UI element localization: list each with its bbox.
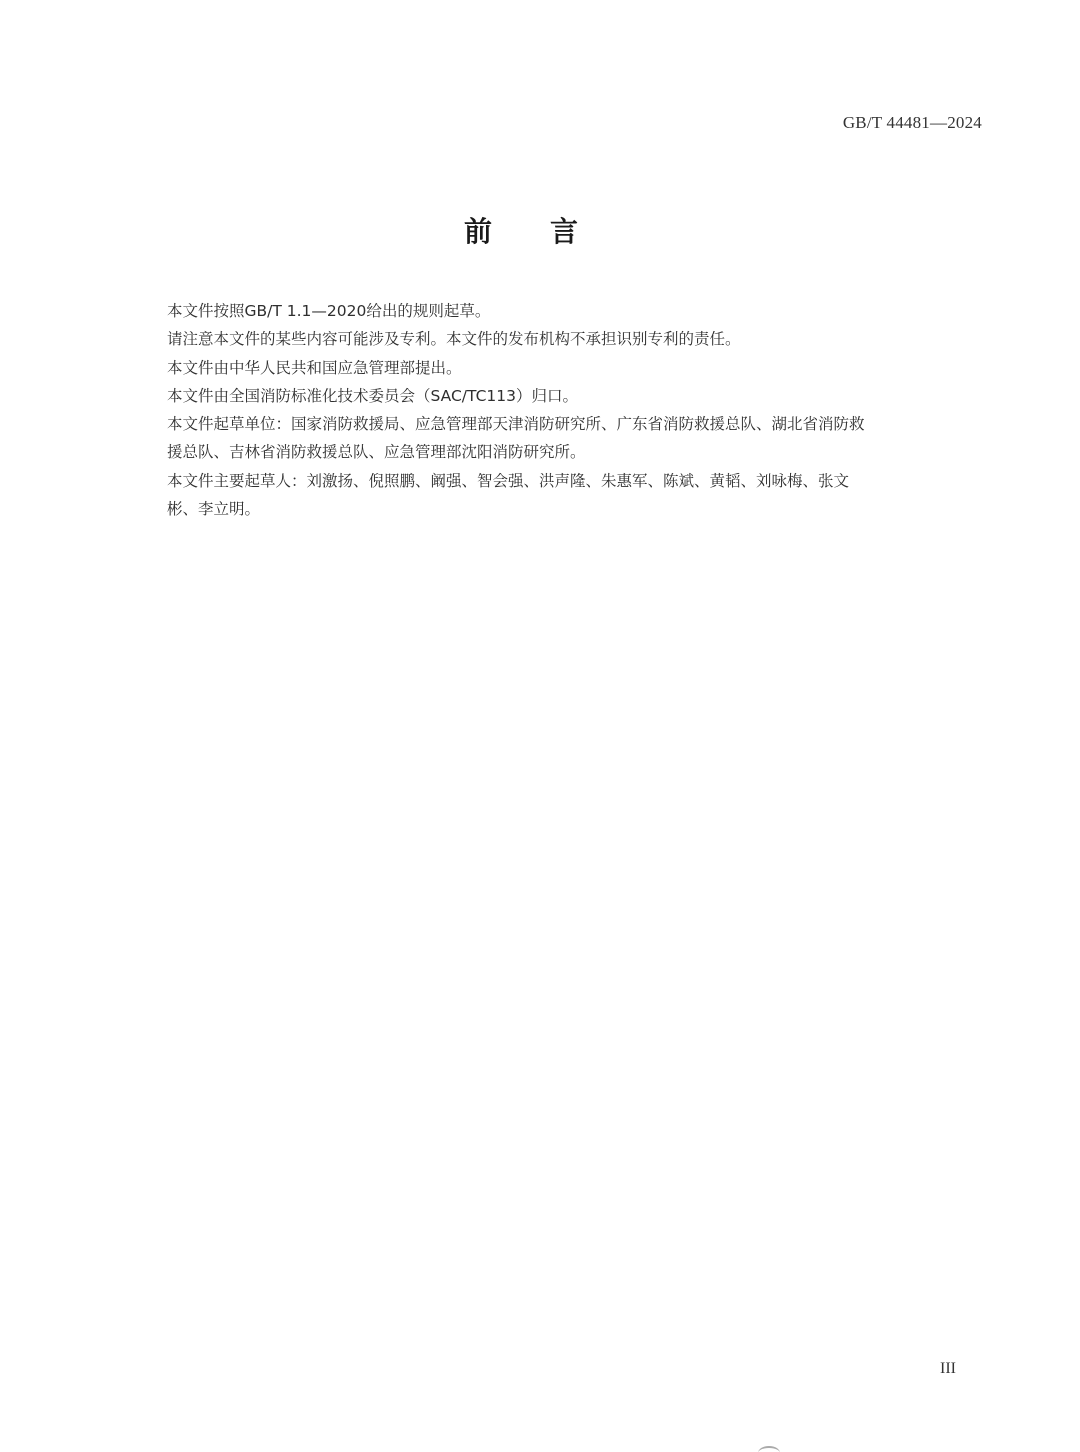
paragraph-drafting-units: 本文件起草单位：国家消防救援局、应急管理部天津消防研究所、广东省消防救援总队、湖… <box>167 410 877 467</box>
paragraph-drafters: 本文件主要起草人：刘激扬、倪照鹏、阚强、智会强、洪声隆、朱惠军、陈斌、黄韬、刘咏… <box>167 467 877 524</box>
bottom-edge-mark <box>758 1446 780 1452</box>
page-title: 前言 <box>0 210 1080 250</box>
paragraph-drafting-rules: 本文件按照GB/T 1.1—2020给出的规则起草。 <box>167 297 877 325</box>
paragraph-proposed-by: 本文件由中华人民共和国应急管理部提出。 <box>167 354 877 382</box>
foreword-body: 本文件按照GB/T 1.1—2020给出的规则起草。 请注意本文件的某些内容可能… <box>167 297 877 523</box>
page-number: III <box>940 1360 956 1378</box>
paragraph-administered-by: 本文件由全国消防标准化技术委员会（SAC/TC113）归口。 <box>167 382 877 410</box>
paragraph-patent-notice: 请注意本文件的某些内容可能涉及专利。本文件的发布机构不承担识别专利的责任。 <box>167 325 877 353</box>
standard-code: GB/T 44481—2024 <box>820 113 982 133</box>
